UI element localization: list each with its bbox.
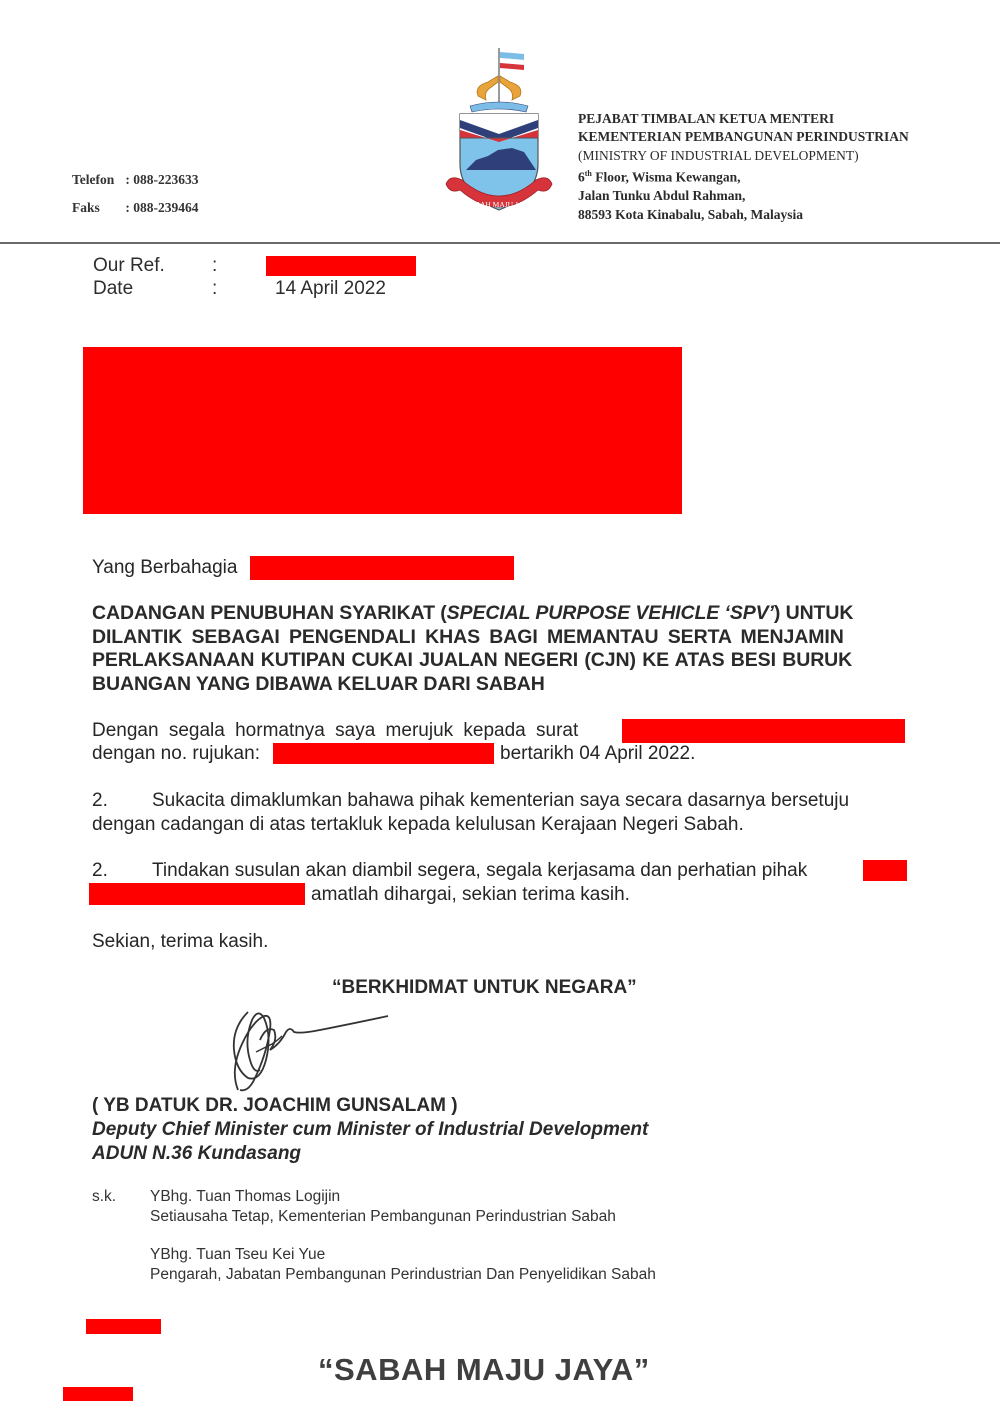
date-value: 14 April 2022 <box>275 278 386 300</box>
address-line-ministry: KEMENTERIAN PEMBANGUNAN PERINDUSTRIAN <box>578 128 909 146</box>
telefon-line: Telefon : 088-223633 <box>72 172 199 188</box>
ministry-address: PEJABAT TIMBALAN KETUA MENTERI KEMENTERI… <box>578 110 909 224</box>
subject-line-4: BUANGAN YANG DIBAWA KELUAR DARI SABAH <box>92 673 904 697</box>
date-separator: : <box>212 278 217 300</box>
redacted-footer-mark-1 <box>86 1319 161 1334</box>
salutation: Yang Berbahagia <box>92 557 237 579</box>
date-label: Date <box>93 278 133 300</box>
closing-line: Sekian, terima kasih. <box>92 931 268 953</box>
signatory-title: Deputy Chief Minister cum Minister of In… <box>92 1118 648 1142</box>
cc-recipient-2-name: YBhg. Tuan Tseu Kei Yue <box>150 1245 656 1265</box>
footer-motto: “SABAH MAJU JAYA” <box>318 1352 650 1388</box>
cc-recipient-1: YBhg. Tuan Thomas Logijin Setiausaha Tet… <box>150 1187 616 1227</box>
para1-line2-a: dengan no. rujukan: <box>92 743 260 765</box>
signatory-constituency: ADUN N.36 Kundasang <box>92 1142 648 1166</box>
telefon-value: : 088-223633 <box>125 172 198 187</box>
para2-number: 2. <box>92 790 152 812</box>
header-divider <box>0 242 1000 244</box>
our-ref-separator: : <box>212 255 217 277</box>
redacted-party-a <box>863 860 907 881</box>
signature-icon <box>220 1000 400 1095</box>
address-line-street: Jalan Tunku Abdul Rahman, <box>578 187 909 205</box>
redacted-recipient-address <box>83 347 682 514</box>
service-motto: “BERKHIDMAT UNTUK NEGARA” <box>332 977 637 999</box>
letter-subject: CADANGAN PENUBUHAN SYARIKAT (SPECIAL PUR… <box>92 602 904 696</box>
address-line-city: 88593 Kota Kinabalu, Sabah, Malaysia <box>578 206 909 224</box>
subject-line-1: CADANGAN PENUBUHAN SYARIKAT (SPECIAL PUR… <box>92 602 904 626</box>
redacted-reference <box>266 256 416 276</box>
address-line-office: PEJABAT TIMBALAN KETUA MENTERI <box>578 110 909 128</box>
sabah-crest-icon: SABAH MAJU JAYA <box>440 44 560 229</box>
faks-label: Faks <box>72 200 122 216</box>
signatory-block: ( YB DATUK DR. JOACHIM GUNSALAM ) Deputy… <box>92 1094 648 1166</box>
faks-value: : 088-239464 <box>125 200 198 215</box>
cc-label: s.k. <box>92 1187 116 1207</box>
subject-line-3: PERLAKSANAAN KUTIPAN CUKAI JUALAN NEGERI… <box>92 649 904 673</box>
para3-line2: amatlah dihargai, sekian terima kasih. <box>311 884 630 906</box>
address-line-english: (MINISTRY OF INDUSTRIAL DEVELOPMENT) <box>578 147 909 165</box>
subject-line-2: DILANTIK SEBAGAI PENGENDALI KHAS BAGI ME… <box>92 626 904 650</box>
para3-number: 2. <box>92 860 152 882</box>
redacted-recipient-name <box>250 556 514 580</box>
para1-line2-b: bertarikh 04 April 2022. <box>500 743 695 765</box>
para2-line1: 2.Sukacita dimaklumkan bahawa pihak keme… <box>92 790 849 812</box>
cc-recipient-2: YBhg. Tuan Tseu Kei Yue Pengarah, Jabata… <box>150 1245 656 1285</box>
redacted-letter-source <box>622 719 905 743</box>
redacted-footer-mark-2 <box>63 1387 133 1401</box>
our-ref-label: Our Ref. <box>93 255 165 277</box>
redacted-letter-number <box>273 743 494 764</box>
signatory-name: ( YB DATUK DR. JOACHIM GUNSALAM ) <box>92 1094 648 1118</box>
para2-line2: dengan cadangan di atas tertakluk kepada… <box>92 814 744 836</box>
faks-line: Faks : 088-239464 <box>72 200 199 216</box>
address-line-floor: 6th Floor, Wisma Kewangan, <box>578 165 909 187</box>
telefon-label: Telefon <box>72 172 122 188</box>
cc-recipient-1-name: YBhg. Tuan Thomas Logijin <box>150 1187 616 1207</box>
para1-line1: Dengan segala hormatnya saya merujuk kep… <box>92 720 578 742</box>
cc-recipient-2-position: Pengarah, Jabatan Pembangunan Perindustr… <box>150 1265 656 1285</box>
para3-line1: 2.Tindakan susulan akan diambil segera, … <box>92 860 807 882</box>
svg-text:SABAH MAJU JAYA: SABAH MAJU JAYA <box>465 200 533 209</box>
redacted-party-b <box>89 883 305 905</box>
cc-recipient-1-position: Setiausaha Tetap, Kementerian Pembanguna… <box>150 1207 616 1227</box>
